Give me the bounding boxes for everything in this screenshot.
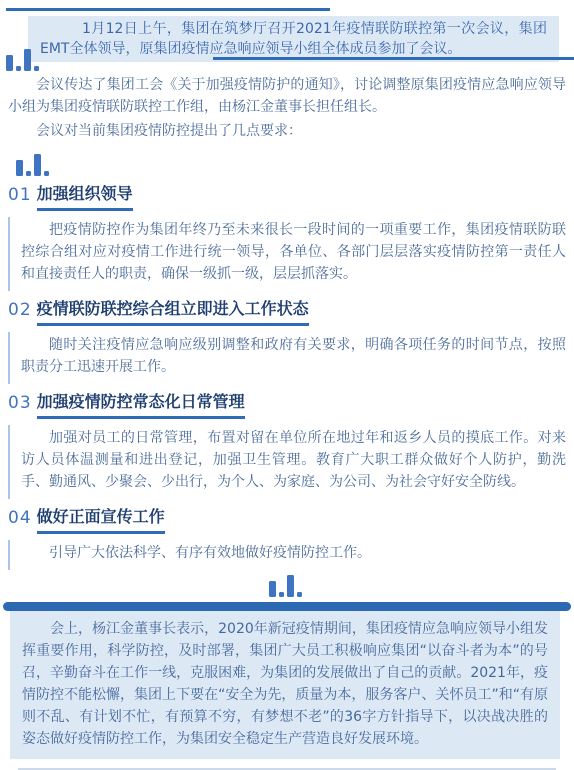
section-04-heading: 04 做好正面宣传工作 <box>8 507 566 534</box>
section-title: 做好正面宣传工作 <box>37 507 165 534</box>
section-number: 03 <box>8 392 32 414</box>
closing-box-top-bar <box>3 602 571 611</box>
section-02-body: 随时关注疫情应急响应级别调整和政府有关要求，明确各项任务的时间节点，按照职责分工… <box>8 332 566 384</box>
section-title: 疫情联防联控综合组立即进入工作状态 <box>37 299 309 326</box>
section-title: 加强疫情防控常态化日常管理 <box>37 392 245 419</box>
section-03-body: 加强对员工的日常管理，布置对留在单位所在地过年和返乡人员的摸底工作。对来访人员体… <box>8 425 566 499</box>
intro-box: 1月12日上午，集团在筑梦厅召开2021年疫情联防联控第一次会议，集团EMT全体… <box>28 16 559 62</box>
article-body: 会议传达了集团工会《关于加强疫情防护的通知》，讨论调整原集团疫情应急响应领导小组… <box>0 74 574 597</box>
section-number: 02 <box>8 299 32 321</box>
section-03-heading: 03 加强疫情防控常态化日常管理 <box>8 392 566 419</box>
section-01-heading: 01 加强组织领导 <box>8 184 566 211</box>
paragraph-requirements-lead-in: 会议对当前集团疫情防控提出了几点要求： <box>8 120 566 142</box>
bottom-decorative-line <box>213 57 574 60</box>
section-number: 04 <box>8 507 32 529</box>
intro-header: 1月12日上午，集团在筑梦厅召开2021年疫情联防联控第一次会议，集团EMT全体… <box>0 0 574 72</box>
section-title: 加强组织领导 <box>37 184 133 211</box>
section-01-body: 把疫情防控作为集团年终乃至未来很长一段时间的一项重要工作，集团疫情联防联控综合组… <box>8 217 566 291</box>
bar-chart-icon <box>269 572 305 597</box>
bar-chart-icon <box>6 46 42 71</box>
bar-chart-icon <box>16 151 52 176</box>
closing-box: 会上，杨江金董事长表示，2020年新冠疫情期间，集团疫情应急响应领导小组发挥重要… <box>10 609 560 759</box>
paragraph-meeting-summary: 会议传达了集团工会《关于加强疫情防护的通知》，讨论调整原集团疫情应急响应领导小组… <box>8 74 566 118</box>
section-number: 01 <box>8 184 32 206</box>
top-decorative-line <box>6 8 330 11</box>
section-02-heading: 02 疫情联防联控综合组立即进入工作状态 <box>8 299 566 326</box>
section-04-body: 引导广大依法科学、有序有效地做好疫情防控工作。 <box>8 540 566 570</box>
article-page: 1月12日上午，集团在筑梦厅召开2021年疫情联防联控第一次会议，集团EMT全体… <box>0 0 574 770</box>
